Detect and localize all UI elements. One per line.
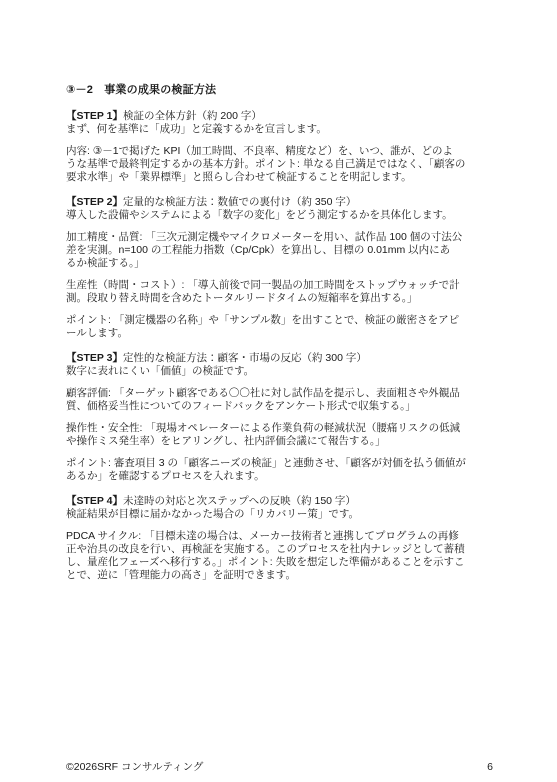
step-2-lead: 導入した設備やシステムによる「数字の変化」をどう測定するかを具体化します。 <box>66 209 500 222</box>
footer-copyright: ©2026SRF コンサルティング <box>66 761 203 774</box>
step-3-title: 定性的な検証方法：顧客・市場の反応（約 300 字） <box>123 352 367 364</box>
step-4-section: 【STEP 4】未達時の対応と次ステップへの反映（約 150 字） 検証結果が目… <box>66 495 500 582</box>
page-footer: ©2026SRF コンサルティング 6 <box>66 761 493 774</box>
step-2-label: 【STEP 2】 <box>66 196 123 208</box>
step-1-header: 【STEP 1】検証の全体方針（約 200 字） <box>66 110 500 123</box>
document-page: ③－2 事業の成果の検証方法 【STEP 1】検証の全体方針（約 200 字） … <box>0 0 557 782</box>
step-2-header: 【STEP 2】定量的な検証方法：数値での裏付け（約 350 字） <box>66 196 500 209</box>
step-3-label: 【STEP 3】 <box>66 352 123 364</box>
step-1-paragraph: 内容: ③－1で掲げた KPI（加工時間、不良率、精度など）を、いつ、誰が、どの… <box>66 145 500 184</box>
step-2-title: 定量的な検証方法：数値での裏付け（約 350 字） <box>123 196 356 208</box>
step-4-header: 【STEP 4】未達時の対応と次ステップへの反映（約 150 字） <box>66 495 500 508</box>
step-4-label: 【STEP 4】 <box>66 495 123 507</box>
step-1-section: 【STEP 1】検証の全体方針（約 200 字） まず、何を基準に「成功」と定義… <box>66 110 500 184</box>
step-3-paragraph: 操作性・安全性: 「現場オペレーターによる作業負荷の軽減状況（腰痛リスクの低減 … <box>66 422 500 448</box>
step-3-paragraph: 顧客評価: 「ターゲット顧客である〇〇社に対し試作品を提示し、表面粗さや外観品 … <box>66 387 500 413</box>
step-1-lead: まず、何を基準に「成功」と定義するかを宣言します。 <box>66 123 500 136</box>
step-2-paragraph: 生産性（時間・コスト）: 「導入前後で同一製品の加工時間をストップウォッチで計 … <box>66 279 500 305</box>
step-3-section: 【STEP 3】定性的な検証方法：顧客・市場の反応（約 300 字） 数字に表れ… <box>66 352 500 483</box>
step-3-paragraph: ポイント: 審査項目 3 の「顧客ニーズの検証」と連動させ、「顧客が対価を払う価… <box>66 457 500 483</box>
step-1-label: 【STEP 1】 <box>66 110 123 122</box>
step-2-section: 【STEP 2】定量的な検証方法：数値での裏付け（約 350 字） 導入した設備… <box>66 196 500 340</box>
step-2-paragraph: ポイント: 「測定機器の名称」や「サンプル数」を出すことで、検証の厳密さをアピ … <box>66 314 500 340</box>
step-4-lead: 検証結果が目標に届かなかった場合の「リカバリー策」です。 <box>66 508 500 521</box>
document-content: ③－2 事業の成果の検証方法 【STEP 1】検証の全体方針（約 200 字） … <box>66 84 500 582</box>
step-4-paragraph: PDCA サイクル: 「目標未達の場合は、メーカー技術者と連携してプログラムの再… <box>66 530 500 582</box>
step-3-header: 【STEP 3】定性的な検証方法：顧客・市場の反応（約 300 字） <box>66 352 500 365</box>
step-4-title: 未達時の対応と次ステップへの反映（約 150 字） <box>123 495 356 507</box>
footer-page-number: 6 <box>487 761 493 774</box>
step-2-paragraph: 加工精度・品質: 「三次元測定機やマイクロメーターを用い、試作品 100 個の寸… <box>66 231 500 270</box>
page-title: ③－2 事業の成果の検証方法 <box>66 84 500 97</box>
step-3-lead: 数字に表れにくい「価値」の検証です。 <box>66 365 500 378</box>
step-1-title: 検証の全体方針（約 200 字） <box>123 110 262 122</box>
